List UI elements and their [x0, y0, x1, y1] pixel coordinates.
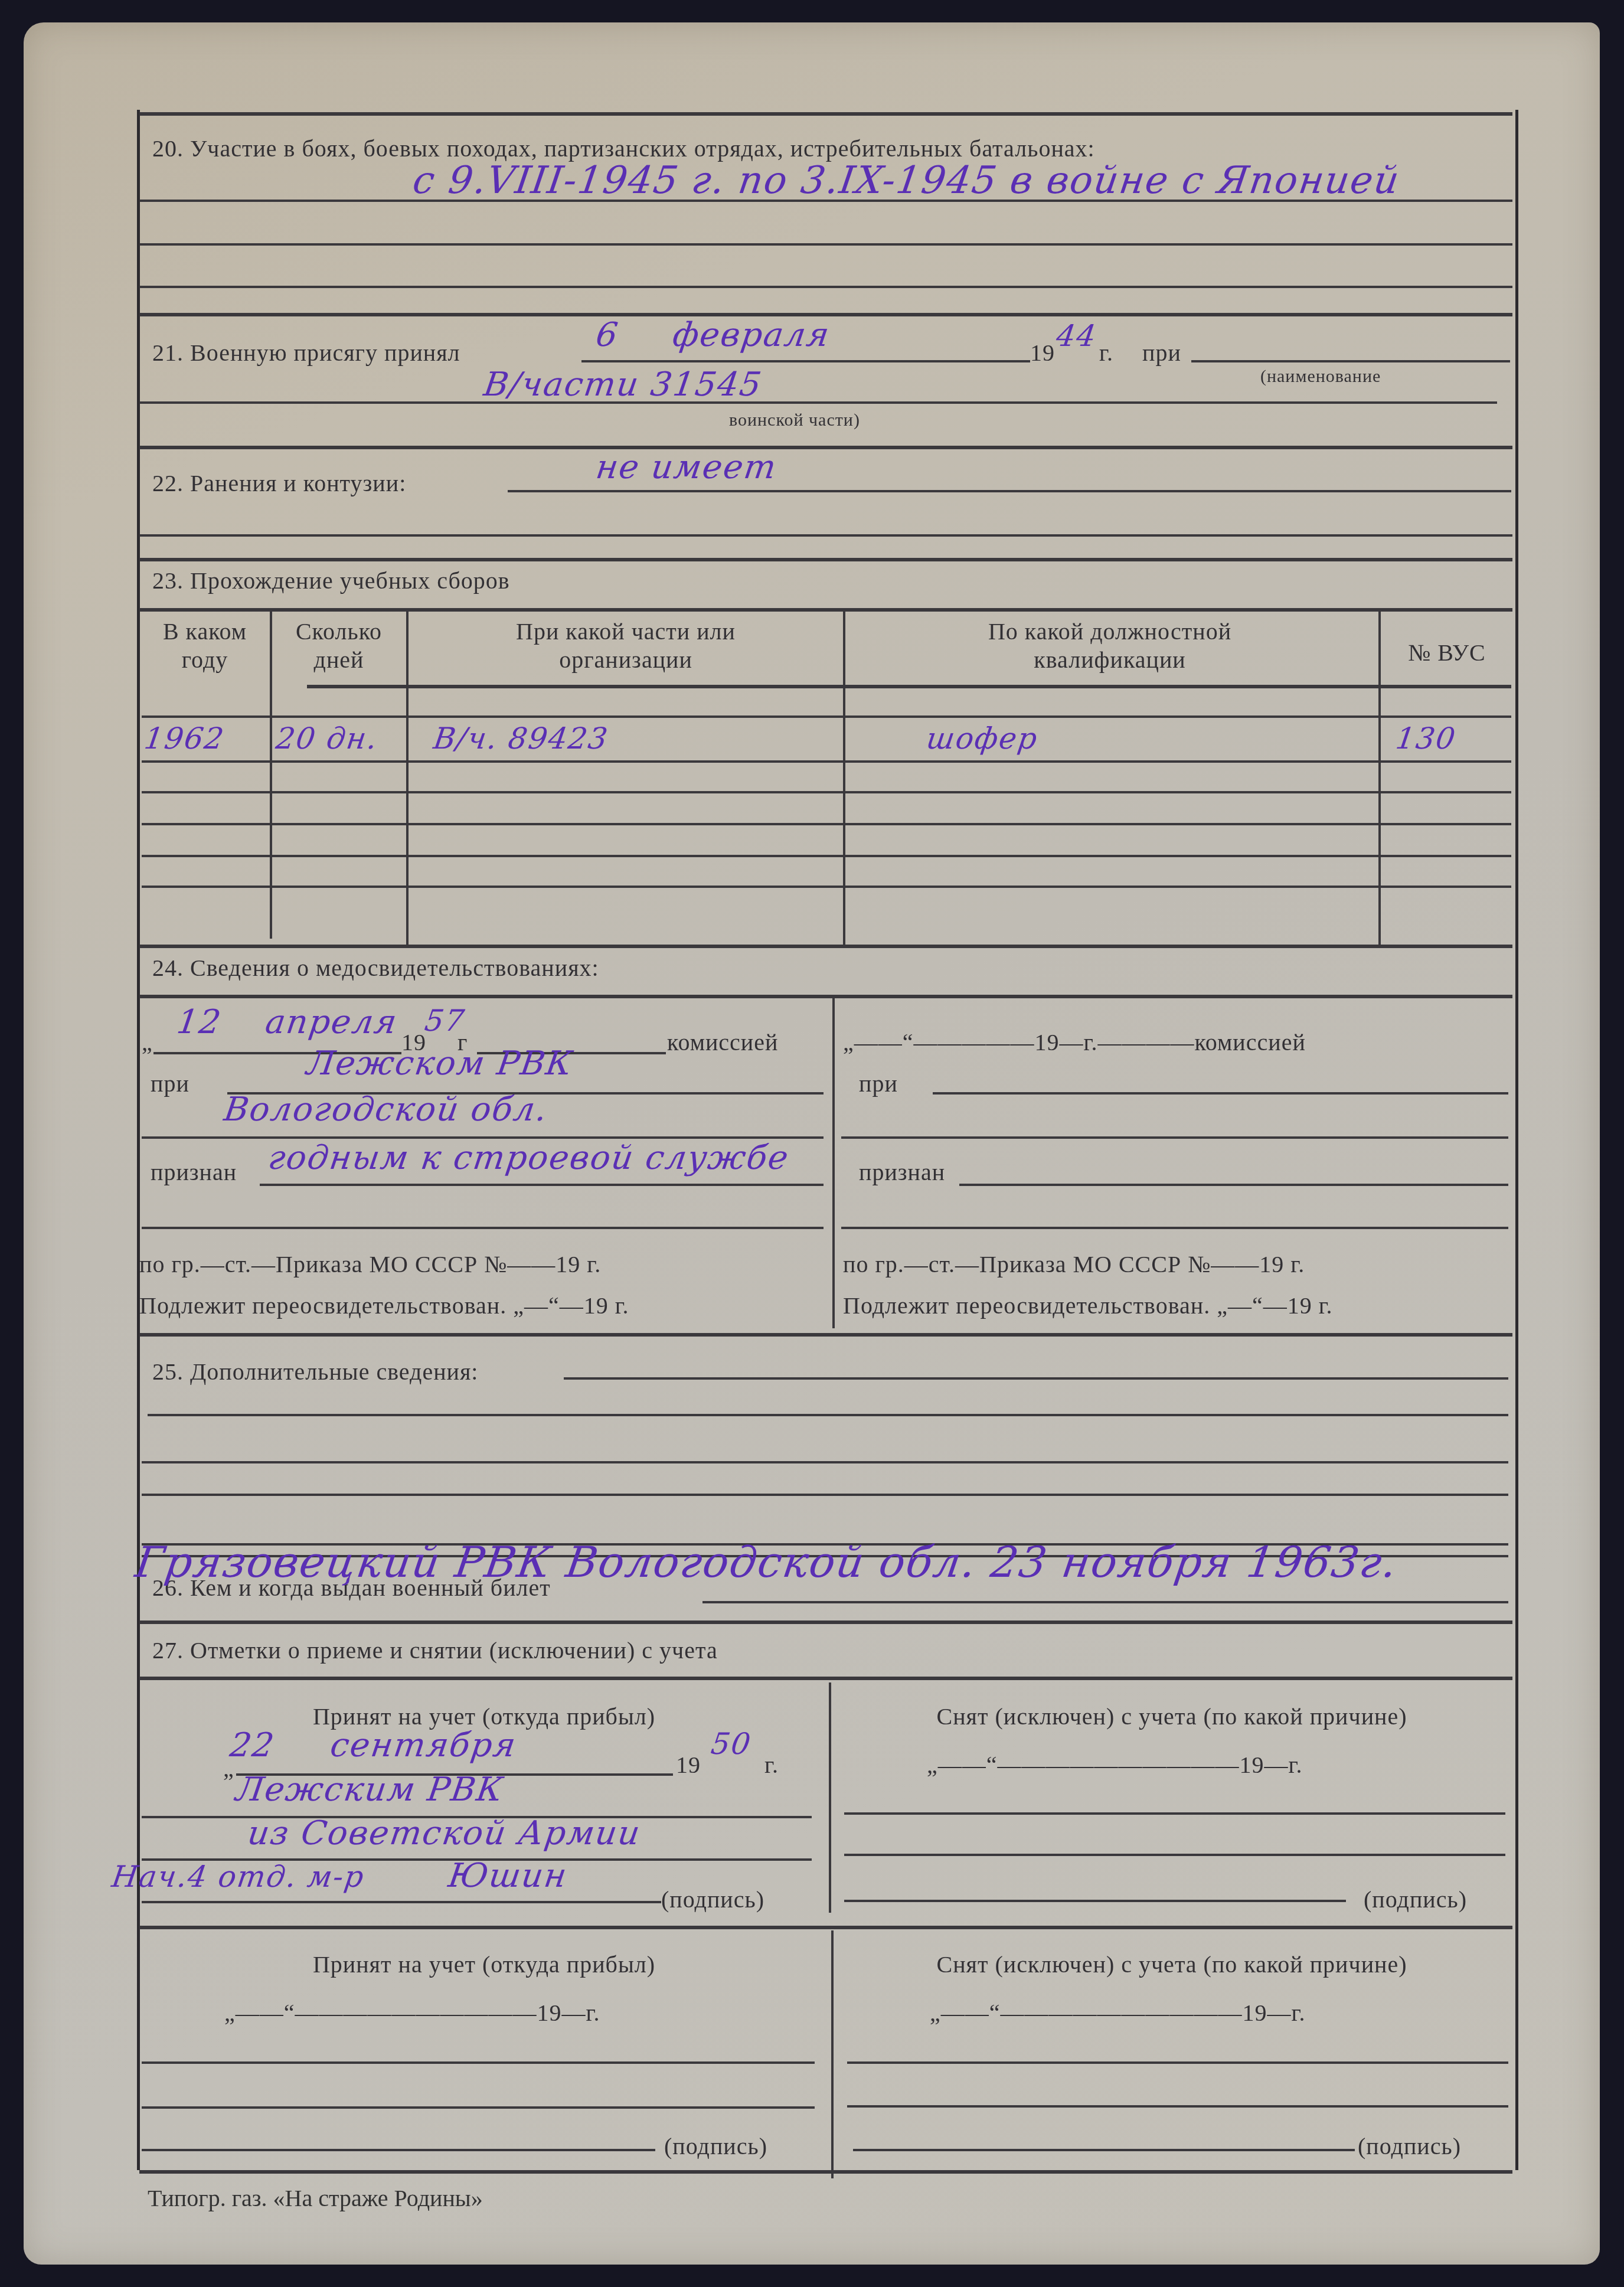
line [142, 1461, 1508, 1463]
accepted-sign-prefix: Нач.4 отд. м-р [110, 1860, 367, 1894]
accepted-month: сентября [328, 1727, 519, 1765]
col-header-days: Сколько дней [273, 618, 405, 674]
line [959, 1184, 1508, 1186]
line [847, 2105, 1508, 2108]
med-pri-label: при [151, 1070, 189, 1098]
col-divider [1378, 608, 1381, 945]
col-header-qualification: По какой должностной квалификации [921, 618, 1299, 674]
col-header-year: В каком году [140, 618, 269, 674]
med2-recheck-line: Подлежит переосвидетельствован. „—“—19 г… [843, 1292, 1333, 1320]
row-line [142, 823, 1511, 825]
accepted-sign-caption: (подпись) [661, 1886, 764, 1914]
accepted-day: 22 [228, 1727, 277, 1765]
med-priznan-value: годным к строевой службе [266, 1139, 792, 1177]
accepted-year-prefix: 19 [676, 1751, 701, 1779]
row-line [142, 855, 1511, 857]
line [142, 2061, 815, 2064]
med-pri-value-1: Лежском РВК [305, 1045, 576, 1083]
divider [139, 995, 1512, 998]
removed-sign-caption: (подпись) [1364, 1886, 1467, 1914]
divider [139, 558, 1512, 561]
divider [139, 446, 1512, 449]
med-pri-value-2: Вологодской обл. [222, 1091, 550, 1129]
divider [139, 2170, 1512, 2174]
naimenovanie-caption: (наименование [1260, 366, 1381, 387]
med2-order-line: по гр.—ст.—Приказа МО СССР №——19 г. [843, 1250, 1305, 1279]
divider [139, 1620, 1512, 1624]
row-line [142, 715, 1511, 718]
row-line [142, 760, 1511, 763]
med-priznan-label: признан [151, 1158, 237, 1187]
accepted-signature: Юшин [446, 1857, 570, 1895]
line [142, 1901, 661, 1903]
line [844, 1854, 1505, 1856]
removed-title: Снят (исключен) с учета (по какой причин… [832, 1703, 1511, 1731]
section-27-label: 27. Отметки о приеме и снятии (исключени… [152, 1636, 718, 1665]
header-divider [307, 685, 1511, 688]
line [853, 2149, 1355, 2151]
divider [139, 945, 1512, 948]
med2-date-line: „——“—————19—г.————комиссией [843, 1028, 1306, 1057]
section-23-label: 23. Прохождение учебных сборов [152, 567, 510, 595]
med-recheck-line: Подлежит переосвидетельствован. „—“—19 г… [139, 1292, 629, 1320]
cell-days: 20 дн. [274, 721, 380, 756]
printer-imprint: Типогр. газ. «На страже Родины» [148, 2184, 483, 2212]
line [564, 1377, 1508, 1380]
col-divider [406, 608, 409, 945]
line [1191, 360, 1510, 362]
line [844, 1812, 1505, 1815]
col-divider [832, 998, 835, 1328]
cell-unit: В/ч. 89423 [432, 721, 611, 756]
ticket-issued-value: Грязовецкий РВК Вологодской обл. 23 нояб… [133, 1541, 1400, 1583]
line [581, 360, 1030, 362]
divider [139, 112, 1512, 116]
med2-pri-label: при [859, 1070, 898, 1098]
accepted2-title: Принят на учет (откуда прибыл) [142, 1951, 826, 1979]
line [847, 2061, 1508, 2064]
col-divider [843, 608, 845, 945]
accepted-line-2: из Советской Армии [246, 1815, 643, 1853]
section-22-label: 22. Ранения и контузии: [152, 469, 406, 498]
line [841, 1227, 1508, 1229]
oath-year-prefix: 19 [1030, 339, 1055, 367]
cell-year: 1962 [142, 721, 227, 756]
col-divider [829, 1682, 831, 1913]
med-month: апреля [263, 1004, 400, 1041]
med-day: 12 [175, 1004, 224, 1041]
divider [139, 1677, 1512, 1680]
section-20-value: с 9.VIII-1945 г. по 3.IX-1945 в войне с … [410, 159, 1403, 202]
oath-year-g: г. [1099, 339, 1113, 367]
col-header-unit: При какой части или организации [466, 618, 785, 674]
col-header-vus: № ВУС [1381, 639, 1512, 667]
divider [139, 608, 1512, 612]
removed2-title: Снят (исключен) с учета (по какой причин… [832, 1951, 1511, 1979]
med-order-line: по гр.—ст.—Приказа МО СССР №——19 г. [139, 1250, 601, 1279]
line [148, 1414, 1508, 1416]
line [508, 490, 1511, 492]
accepted-line-1: Лежским РВК [234, 1771, 507, 1809]
row-line [142, 791, 1511, 793]
line [139, 534, 1512, 537]
divider [139, 1333, 1512, 1337]
oath-month: февраля [671, 316, 833, 354]
section-21-label: 21. Военную присягу принял [152, 339, 460, 367]
unit-caption: воинской части) [729, 410, 860, 431]
line [702, 1601, 1508, 1603]
line [139, 243, 1512, 246]
row-line [142, 886, 1511, 888]
med2-priznan-label: признан [859, 1158, 945, 1187]
col-divider [270, 608, 272, 939]
line [139, 286, 1512, 288]
line [142, 1227, 824, 1229]
removed2-sign-caption: (подпись) [1358, 2132, 1461, 2161]
cell-qualification: шофер [924, 721, 1040, 756]
cell-vus: 130 [1394, 721, 1459, 756]
accepted-year-suffix: 50 [709, 1727, 754, 1761]
line [142, 2149, 655, 2151]
line [142, 1494, 1508, 1496]
section-24-label: 24. Сведения о медосвидетельствованиях: [152, 954, 599, 982]
line [139, 401, 1497, 404]
line [844, 1900, 1346, 1902]
accepted-g: г. [764, 1751, 779, 1779]
line [139, 200, 1512, 202]
oath-pri-label: при [1142, 339, 1181, 367]
removed2-date-line: „——“——————————19—г. [930, 1999, 1305, 2027]
line [260, 1184, 824, 1186]
oath-year-suffix: 44 [1054, 319, 1099, 353]
accepted2-sign-caption: (подпись) [664, 2132, 767, 2161]
divider [139, 1926, 1512, 1929]
line [142, 2106, 815, 2109]
oath-unit: В/части 31545 [482, 366, 765, 404]
line [841, 1136, 1508, 1139]
accepted2-date-line: „——“——————————19—г. [224, 1999, 600, 2027]
wounds-value: не имеет [594, 449, 780, 486]
line [933, 1092, 1508, 1095]
removed-date-line: „——“——————————19—г. [927, 1751, 1302, 1779]
med-commission-label: комиссией [667, 1028, 778, 1057]
section-25-label: 25. Дополнительные сведения: [152, 1358, 478, 1386]
